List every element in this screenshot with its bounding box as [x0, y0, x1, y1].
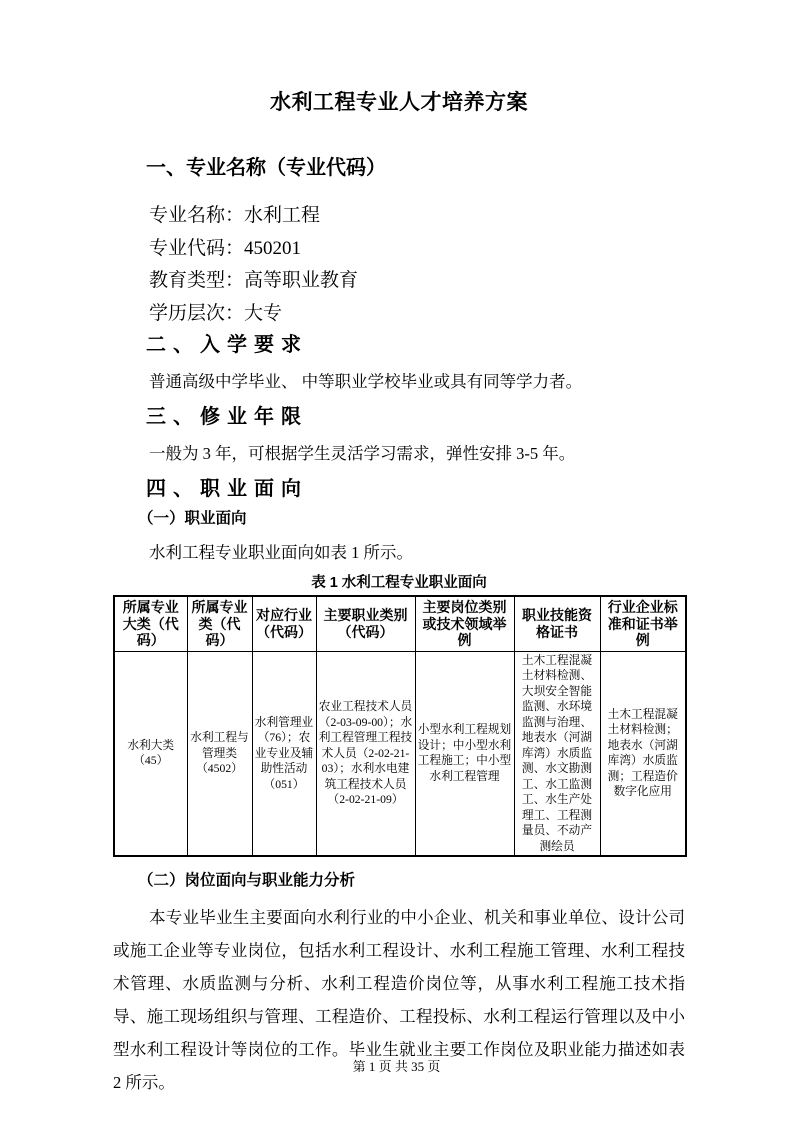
col-header-major-category: 所属专业大类（代码）: [114, 596, 187, 651]
study-duration-text: 一般为 3 年，可根据学生灵活学习需求，弹性安排 3-5 年。: [113, 437, 685, 470]
page-footer: 第 1 页 共 35 页: [0, 1058, 793, 1076]
cell-industry: 水利管理业（76）；农业专业及辅助性活动（051）: [252, 651, 316, 856]
document-page: 水利工程专业人才培养方案 一、专业名称（专业代码） 专业名称：水利工程 专业代码…: [0, 0, 793, 1122]
enrollment-requirement-text: 普通高级中学毕业、 中等职业学校毕业或具有同等学力者。: [113, 365, 685, 398]
heading-sub-1-career-orientation: （一）职业面向: [138, 508, 685, 530]
cell-occupation-category: 农业工程技术人员（2-03-09-00）；水利工程管理工程技术人员（2-02-2…: [316, 651, 415, 856]
col-header-occupation-category: 主要职业类别（代码）: [316, 596, 415, 651]
cell-skill-certificates: 土木工程混凝土材料检测、大坝安全智能监测、水环境监测与治理、地表水（河湖库湾）水…: [514, 651, 600, 856]
career-orientation-table: 所属专业大类（代码） 所属专业类（代码） 对应行业（代码） 主要职业类别（代码）…: [113, 595, 687, 857]
col-header-major-class: 所属专业类（代码）: [187, 596, 252, 651]
field-education-level: 学历层次：大专: [149, 298, 685, 331]
heading-section-1: 一、专业名称（专业代码）: [146, 155, 685, 182]
heading-section-3: 三、修业年限: [146, 404, 685, 431]
table-header-row: 所属专业大类（代码） 所属专业类（代码） 对应行业（代码） 主要职业类别（代码）…: [114, 596, 686, 651]
table-1-caption: 表 1 水利工程专业职业面向: [113, 574, 685, 592]
document-title: 水利工程专业人才培养方案: [113, 90, 685, 116]
col-header-industry-standards: 行业企业标准和证书举例: [600, 596, 686, 651]
field-major-code: 专业代码：450201: [149, 233, 685, 266]
heading-sub-2-post-ability-analysis: （二）岗位面向与职业能力分析: [138, 870, 685, 892]
cell-major-category: 水利大类（45）: [114, 651, 187, 856]
field-major-name: 专业名称：水利工程: [149, 200, 685, 233]
major-info-fields: 专业名称：水利工程 专业代码：450201 教育类型：高等职业教育 学历层次：大…: [113, 200, 685, 330]
table-row: 水利大类（45） 水利工程与管理类（4502） 水利管理业（76）；农业专业及辅…: [114, 651, 686, 856]
heading-section-4: 四、职业面向: [146, 476, 685, 503]
cell-industry-standards: 土木工程混凝土材料检测；地表水（河湖库湾）水质监测；工程造价数字化应用: [600, 651, 686, 856]
col-header-post-examples: 主要岗位类别或技术领域举例: [415, 596, 514, 651]
cell-post-examples: 小型水利工程规划设计；中小型水利工程施工；中小型水利工程管理: [415, 651, 514, 856]
col-header-industry: 对应行业（代码）: [252, 596, 316, 651]
col-header-skill-certificates: 职业技能资格证书: [514, 596, 600, 651]
heading-section-2: 二、入学要求: [146, 332, 685, 359]
field-education-type: 教育类型：高等职业教育: [149, 265, 685, 298]
cell-major-class: 水利工程与管理类（4502）: [187, 651, 252, 856]
page-content: 水利工程专业人才培养方案 一、专业名称（专业代码） 专业名称：水利工程 专业代码…: [113, 90, 685, 1099]
career-orientation-intro-text: 水利工程专业职业面向如表 1 所示。: [113, 536, 685, 569]
